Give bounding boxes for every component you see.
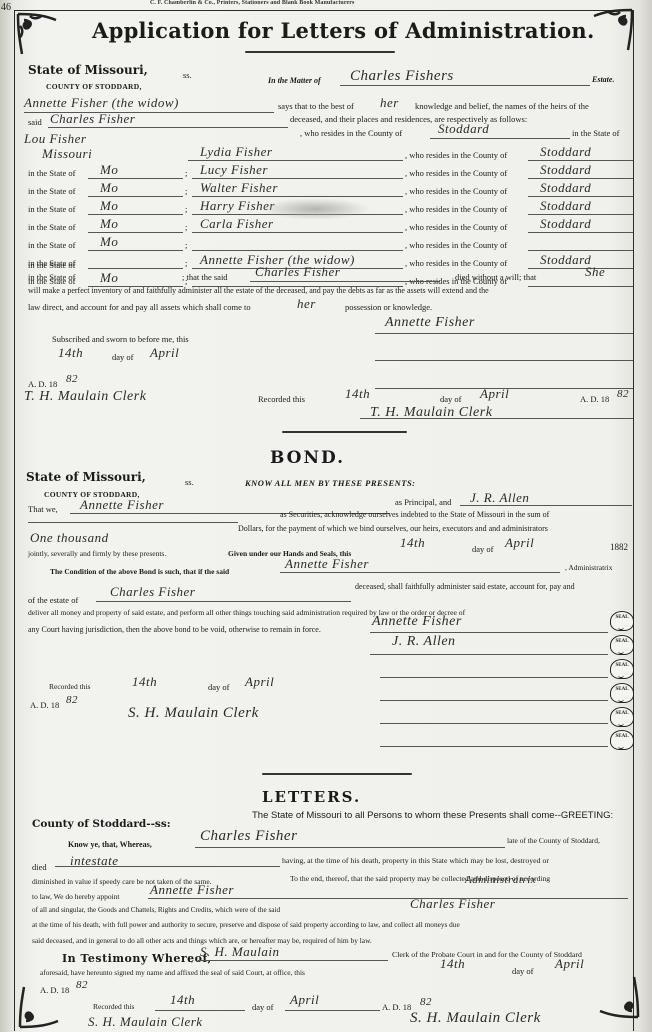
heir-name: Lou Fisher	[24, 131, 86, 147]
field-line	[88, 250, 183, 251]
letters-body: having, at the time of his death, proper…	[282, 856, 549, 865]
ad-label: A. D. 18	[40, 985, 69, 995]
clerk-name: S. H. Maulain	[200, 944, 279, 960]
pronoun-value: She	[585, 264, 605, 280]
field-line	[280, 572, 560, 573]
year-value: 1882	[610, 542, 628, 552]
year-value: 82	[76, 979, 88, 991]
heir-county: Stoddard	[540, 180, 591, 196]
month-value: April	[290, 992, 319, 1008]
field-line	[528, 250, 633, 251]
day-value: 14th	[170, 992, 195, 1008]
heir-state: Mo	[100, 216, 118, 232]
bond-sum: One thousand	[30, 530, 109, 546]
field-line	[528, 160, 633, 161]
letters-title: LETTERS.	[262, 788, 361, 806]
greeting-text: The State of Missouri to all Persons to …	[252, 810, 613, 821]
seal-icon: SEAL	[610, 635, 634, 655]
matter-label: In the Matter of	[268, 76, 321, 85]
state-of-label: in the State of	[28, 240, 75, 250]
administrator-name: Annette Fisher	[285, 556, 369, 572]
body-text: will make a perfect inventory of and fai…	[28, 286, 489, 295]
page-number: 46	[1, 2, 11, 13]
heir-name: Walter Fisher	[200, 180, 278, 196]
heir-county: Stoddard	[540, 162, 591, 178]
bond-body: deceased, shall faithfully administer sa…	[355, 582, 575, 591]
recorded-label: Recorded this	[258, 394, 305, 404]
deceased-name: Charles Fisher	[410, 896, 495, 912]
separator: ;	[185, 204, 187, 214]
day-of-label: day of	[440, 394, 461, 404]
state-of-label: in the State of	[572, 128, 619, 138]
county-label: COUNTY OF STODDARD,	[46, 82, 142, 91]
securities-text: as Securities, acknowledge ourselves ind…	[280, 510, 549, 519]
recorded-label: Recorded this	[49, 682, 90, 691]
said-label: said	[28, 117, 42, 127]
letters-body: aforesaid, have hereunto signed my name …	[40, 968, 305, 977]
field-line	[285, 1010, 380, 1011]
heir-name: Lucy Fisher	[200, 162, 268, 178]
letters-body: of all and singular, the Goods and Chatt…	[32, 906, 280, 914]
day-value: 14th	[440, 956, 465, 972]
year-value: 82	[617, 388, 629, 400]
field-line	[48, 127, 288, 128]
deceased-name: Charles Fisher	[255, 264, 340, 280]
day-of-label: day of	[472, 544, 493, 554]
died-label: died	[32, 862, 47, 872]
clerk-signature: S. H. Maulain Clerk	[410, 1010, 541, 1027]
says-text: says that to the best of	[278, 101, 354, 111]
heir-county: Stoddard	[438, 121, 489, 137]
knowledge-text: knowledge and belief, the names of the h…	[415, 101, 589, 111]
signature-line	[380, 746, 608, 747]
late-of-text: late of the County of Stoddard,	[507, 836, 600, 845]
estate-of-label: of the estate of	[28, 595, 78, 605]
day-value: 14th	[345, 386, 370, 402]
appointed-role: Administratrix	[465, 874, 536, 886]
state-of-label: in the State of	[28, 222, 75, 232]
that-said-text: ; that the said	[182, 272, 228, 282]
state-of-label: in the State of	[28, 260, 75, 270]
field-line	[250, 281, 440, 282]
body-text: possession or knowledge.	[345, 302, 432, 312]
separator: ;	[185, 258, 187, 268]
day-value: 14th	[58, 345, 83, 361]
heir-county: Stoddard	[540, 198, 591, 214]
divider	[245, 51, 395, 53]
resides-text: , who resides in the County of	[300, 128, 402, 138]
seal-icon: SEAL	[610, 730, 634, 750]
ad-label: A. D. 18	[28, 379, 57, 389]
heir-state: Mo	[100, 198, 118, 214]
ad-label: A. D. 18	[30, 700, 59, 710]
year-value: 82	[420, 996, 432, 1008]
separator: ;	[185, 222, 187, 232]
know-ye-text: Know ye, that, Whereas,	[68, 840, 152, 849]
field-line	[460, 505, 632, 506]
applicant-signature: Annette Fisher	[385, 315, 475, 331]
day-of-label: day of	[512, 966, 533, 976]
field-line	[528, 286, 633, 287]
deceased-name: Charles Fisher	[200, 828, 297, 845]
corner-ornament-icon	[590, 8, 634, 52]
subscribed-text: Subscribed and sworn to before me, this	[52, 334, 189, 344]
signature-line	[360, 418, 633, 419]
resides-text: , who resides in the County of	[405, 258, 507, 268]
state-of-label: in the State of	[28, 186, 75, 196]
signature-line	[380, 700, 608, 701]
page-title: Application for Letters of Administratio…	[92, 18, 595, 43]
administratrix-label: , Administratrix	[565, 563, 613, 572]
seal-icon: SEAL	[610, 611, 634, 631]
field-line	[188, 160, 403, 161]
field-line	[155, 1010, 245, 1011]
resides-text: , who resides in the County of	[405, 150, 507, 160]
heir-state: Mo	[100, 180, 118, 196]
heir-state: Mo	[100, 162, 118, 178]
clerk-signature: S. H. Maulain Clerk	[88, 1014, 203, 1030]
field-line	[148, 898, 628, 899]
clerk-signature: S. H. Maulain Clerk	[128, 705, 259, 722]
divider	[262, 773, 412, 775]
heir-county: Stoddard	[540, 144, 591, 160]
year-value: 82	[66, 694, 78, 706]
month-value: April	[150, 345, 179, 361]
field-line	[192, 178, 403, 179]
corner-ornament-icon	[16, 12, 60, 56]
appointee-name: Annette Fisher	[150, 882, 234, 898]
heir-county: Stoddard	[540, 252, 591, 268]
field-line	[28, 522, 238, 523]
field-line	[88, 214, 183, 215]
heir-name: Lydia Fisher	[200, 144, 272, 160]
heir-state: Mo	[100, 270, 118, 286]
signature-line	[375, 333, 633, 334]
year-value: 82	[66, 373, 78, 385]
seal-icon: SEAL	[610, 683, 634, 703]
principal-signature: Annette Fisher	[372, 614, 462, 630]
state-of-label: in the State of	[28, 168, 75, 178]
testimony-i: I,	[188, 954, 193, 964]
field-line	[192, 250, 403, 251]
seal-icon: SEAL	[610, 659, 634, 679]
letters-body: at the time of his death, with full powe…	[32, 920, 460, 929]
month-value: April	[555, 956, 584, 972]
state-label: State of Missouri,	[26, 470, 146, 484]
applicant-name: Annette Fisher (the widow)	[24, 95, 179, 111]
state-label: State of Missouri,	[28, 63, 148, 77]
jointly-text: jointly, severally and firmly by these p…	[28, 549, 166, 558]
estate-name: Charles Fisher	[110, 584, 195, 600]
signature-line	[370, 632, 608, 633]
resides-text: , who resides in the County of	[405, 240, 507, 250]
signature-line	[380, 677, 608, 678]
ink-smudge	[260, 198, 370, 220]
died-text: died without a will; that	[455, 272, 536, 282]
field-line	[88, 232, 183, 233]
dollars-text: Dollars, for the payment of which we bin…	[238, 524, 548, 533]
resides-text: , who resides in the County of	[405, 204, 507, 214]
field-line	[528, 232, 633, 233]
field-line	[528, 196, 633, 197]
bond-title: BOND.	[270, 448, 345, 468]
field-line	[96, 601, 351, 602]
heir-row: in the State of Mo ; Carla Fisher , who …	[0, 222, 652, 240]
matter-name: Charles Fishers	[350, 68, 454, 85]
month-value: April	[245, 674, 274, 690]
separator: ;	[185, 186, 187, 196]
that-we-label: That we,	[28, 504, 58, 514]
day-of-label: day of	[112, 352, 133, 362]
corner-ornament-icon	[596, 975, 640, 1019]
day-value: 14th	[400, 535, 425, 551]
heir-county: Stoddard	[540, 216, 591, 232]
signature-line	[380, 723, 608, 724]
estate-label: Estate.	[592, 75, 614, 84]
bond-body: any Court having jurisdiction, then the …	[28, 625, 321, 634]
clerk-signature: T. H. Maulain Clerk	[24, 389, 146, 405]
ad-label: A. D. 18	[580, 394, 609, 404]
field-line	[198, 960, 388, 961]
county-label: County of Stoddard--ss:	[32, 818, 171, 830]
field-line	[528, 178, 633, 179]
body-text: law direct, and account for and pay all …	[28, 302, 251, 312]
day-of-label: day of	[208, 682, 229, 692]
state-of-label: in the State of	[28, 204, 75, 214]
principal-label: as Principal, and	[395, 497, 451, 507]
ss-label: ss.	[185, 477, 194, 487]
signature-line	[370, 654, 608, 655]
day-of-label: day of	[252, 1002, 273, 1012]
ss-label: ss.	[183, 70, 192, 80]
deceased-name: Charles Fisher	[50, 111, 135, 127]
month-value: April	[480, 386, 509, 402]
field-line	[528, 214, 633, 215]
signature-line	[375, 360, 633, 361]
condition-text: The Condition of the above Bond is such,…	[50, 567, 229, 576]
pronoun-value: her	[297, 296, 316, 312]
deceased-text: deceased, and their places and residence…	[290, 114, 527, 124]
knowledge-pronoun: her	[380, 95, 399, 111]
day-value: 14th	[132, 674, 157, 690]
separator: ;	[185, 168, 187, 178]
field-line	[88, 196, 183, 197]
security-signature: J. R. Allen	[392, 634, 456, 650]
separator: ;	[185, 240, 187, 250]
letters-body: Clerk of the Probate Court in and for th…	[392, 950, 582, 959]
field-line	[192, 196, 403, 197]
ad-label: A. D. 18	[382, 1002, 411, 1012]
seal-icon: SEAL	[610, 707, 634, 727]
printer-line: C. F. Chamberlin & Co., Printers, Statio…	[150, 0, 354, 6]
know-all-text: KNOW ALL MEN BY THESE PRESENTS:	[245, 478, 416, 488]
principal-name: Annette Fisher	[80, 497, 164, 513]
divider	[282, 431, 407, 433]
field-line	[528, 268, 633, 269]
state-of-label: in the State of	[28, 272, 75, 282]
field-line	[88, 268, 183, 269]
field-line	[192, 232, 403, 233]
resides-text: , who resides in the County of	[405, 168, 507, 178]
field-line	[88, 178, 183, 179]
appoint-text: to law, We do hereby appoint	[32, 892, 120, 901]
document-page: 46 C. F. Chamberlin & Co., Printers, Sta…	[0, 0, 652, 1032]
security-name: J. R. Allen	[470, 490, 529, 506]
resides-text: , who resides in the County of	[405, 186, 507, 196]
field-line	[55, 866, 280, 867]
field-line	[430, 138, 570, 139]
field-line	[195, 847, 505, 848]
month-value: April	[505, 535, 534, 551]
field-line	[340, 85, 590, 86]
resides-text: , who resides in the County of	[405, 222, 507, 232]
recorded-label: Recorded this	[93, 1002, 134, 1011]
heir-state: Mo	[100, 234, 118, 250]
